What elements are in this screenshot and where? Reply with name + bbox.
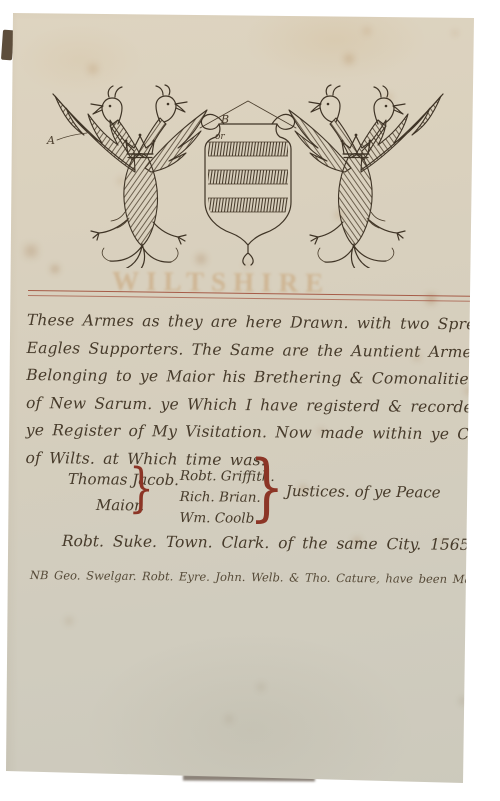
shield-letter-or: or (215, 132, 225, 142)
heraldic-drawing: B or A (33, 76, 463, 268)
paragraph-line: ye Register of My Visitation. Now made w… (26, 417, 500, 449)
binding-edge (1, 30, 14, 61)
shield-icon: B or (200, 101, 296, 265)
mayor-name: Thomas Jacob. (68, 470, 179, 489)
town-clerk-line: Robt. Suke. Town. Clark. of the same Cit… (62, 532, 470, 554)
red-brace-left: } (128, 462, 154, 515)
shield-letter-b: B (220, 113, 229, 126)
nota-bene-line: NB Geo. Swelgar. Robt. Eyre. John. Welb.… (30, 568, 497, 586)
manuscript-page: WILTSHIRE (0, 0, 500, 801)
paragraph-line: Belonging to ye Maior his Brethering & C… (26, 362, 500, 394)
paragraph-line: These Armes as they are here Drawn. with… (27, 307, 500, 339)
foxing-spots (0, 0, 2, 2)
double-eagle-right-icon (289, 85, 443, 268)
manuscript-photo: WILTSHIRE (0, 0, 500, 801)
double-eagle-left-icon (53, 85, 207, 268)
justices-label: Justices. of ye Peace (286, 482, 441, 501)
margin-letter-a: A (46, 134, 55, 147)
red-brace-right: } (249, 452, 285, 525)
